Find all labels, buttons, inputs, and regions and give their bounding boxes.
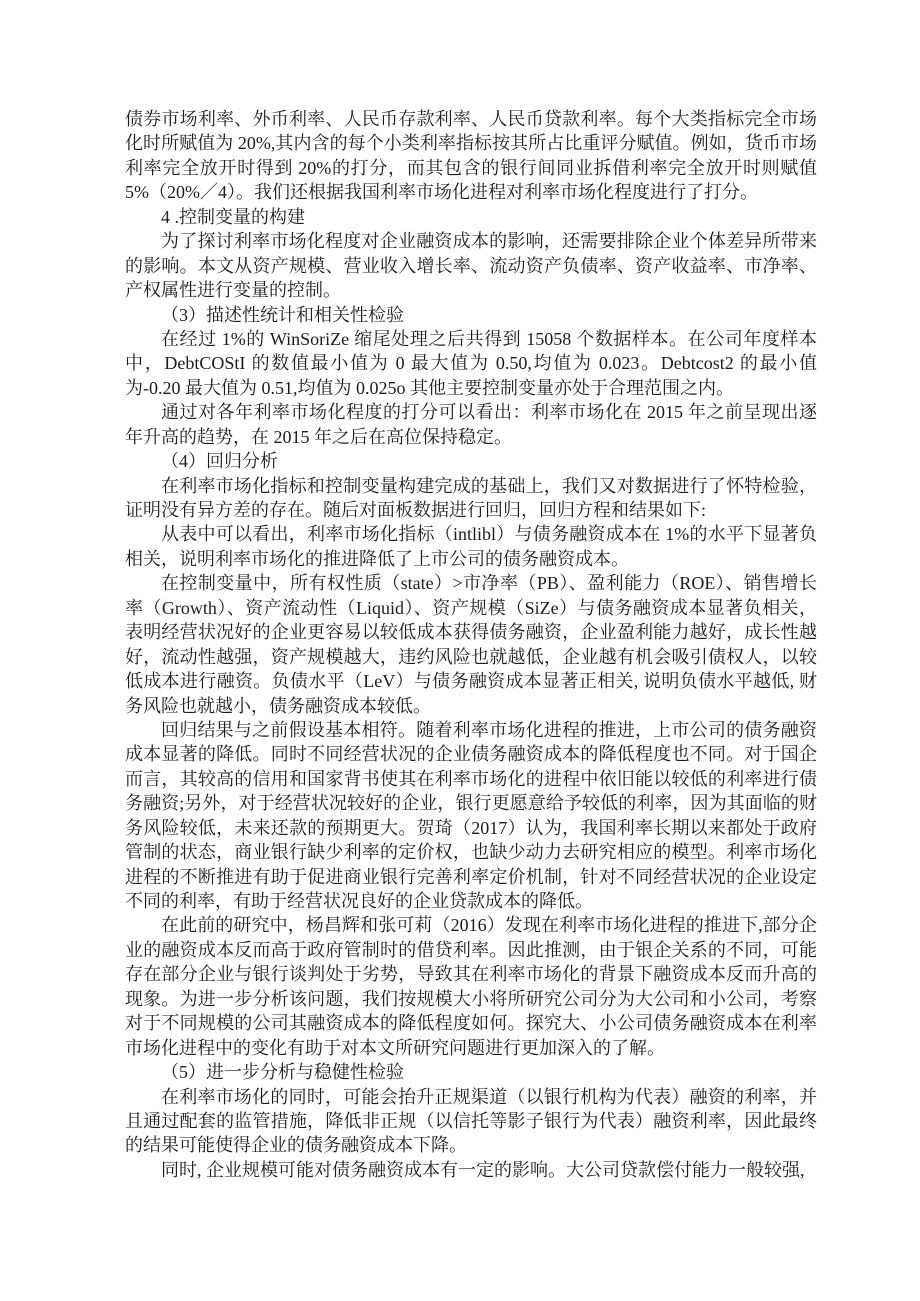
- section-heading-3-descriptive-statistics: （3）描述性统计和相关性检验: [125, 303, 817, 327]
- paragraph-intlibl-negative-correlation: 从表中可以看出，利率市场化指标（intlibl）与债务融资成本在 1%的水平下显…: [125, 522, 817, 571]
- paragraph-winsorize-sample-stats: 在经过 1%的 WinSoriZe 缩尾处理之后共得到 15058 个数据样本。…: [125, 327, 817, 400]
- document-page: 债券市场利率、外币利率、人民币存款利率、人民币贷款利率。每个大类指标完全市场化时…: [125, 107, 817, 1182]
- paragraph-regression-results-discussion: 回归结果与之前假设基本相符。随着利率市场化进程的推进，上市公司的债务融资成本显著…: [125, 718, 817, 914]
- section-heading-5-further-analysis: （5）进一步分析与稳健性检验: [125, 1060, 817, 1084]
- paragraph-formal-informal-channels: 在利率市场化的同时，可能会抬升正规渠道（以银行机构为代表）融资的利率，并且通过配…: [125, 1085, 817, 1158]
- paragraph-firm-size-effect: 同时, 企业规模可能对债务融资成本有一定的影响。大公司贷款偿付能力一般较强,: [125, 1158, 817, 1182]
- paragraph-continuation-rate-indicators: 债券市场利率、外币利率、人民币存款利率、人民币贷款利率。每个大类指标完全市场化时…: [125, 107, 817, 205]
- section-heading-4-control-variables: 4 .控制变量的构建: [125, 205, 817, 229]
- section-heading-4-regression-analysis: （4）回归分析: [125, 449, 817, 473]
- paragraph-prior-research-firm-size: 在此前的研究中，杨昌辉和张可莉（2016）发现在利率市场化进程的推进下,部分企业…: [125, 913, 817, 1060]
- paragraph-marketization-score-trend: 通过对各年利率市场化程度的打分可以看出：利率市场化在 2015 年之前呈现出逐年…: [125, 400, 817, 449]
- paragraph-control-variable-selection: 为了探讨利率市场化程度对企业融资成本的影响，还需要排除企业个体差异所带来的影响。…: [125, 229, 817, 302]
- paragraph-control-variables-results: 在控制变量中，所有权性质（state）>市净率（PB）、盈利能力（ROE）、销售…: [125, 571, 817, 718]
- paragraph-white-test: 在利率市场化指标和控制变量构建完成的基础上，我们又对数据进行了怀特检验，证明没有…: [125, 474, 817, 523]
